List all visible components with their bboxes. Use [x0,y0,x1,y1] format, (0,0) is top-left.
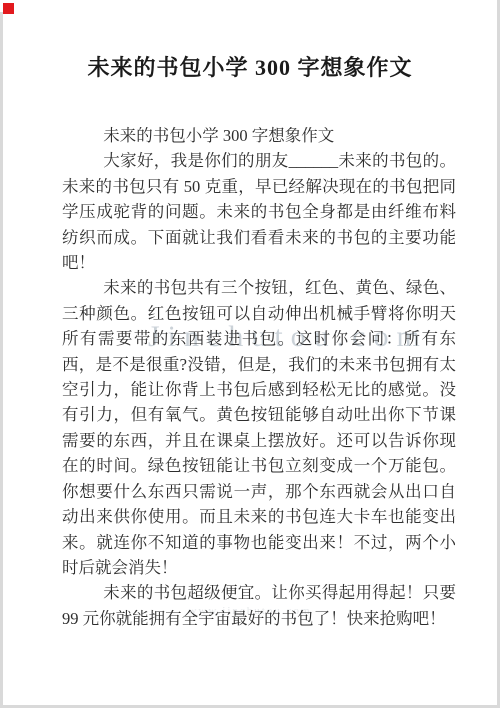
essay-body: 未来的书包小学 300 字想象作文 大家好，我是你们的朋友______未来的书包… [62,123,456,631]
essay-paragraph: 大家好，我是你们的朋友______未来的书包的。未来的书包只有 50 克重，早已… [62,148,456,275]
essay-paragraph: 未来的书包超级便宜。让你买得起用得起！只要 99 元你就能拥有全宇宙最好的书包了… [62,580,456,631]
scan-edge-left [0,12,3,708]
document-page: 未来的书包小学 300 字想象作文 Jinchutou.com www.jinc… [0,0,500,708]
red-corner-mark [3,3,14,14]
page-title: 未来的书包小学 300 字想象作文 [0,52,500,84]
essay-paragraph: 未来的书包共有三个按钮，红色、黄色、绿色、三种颜色。红色按钮可以自动伸出机械手臂… [62,275,456,580]
essay-subtitle-line: 未来的书包小学 300 字想象作文 [62,123,456,148]
